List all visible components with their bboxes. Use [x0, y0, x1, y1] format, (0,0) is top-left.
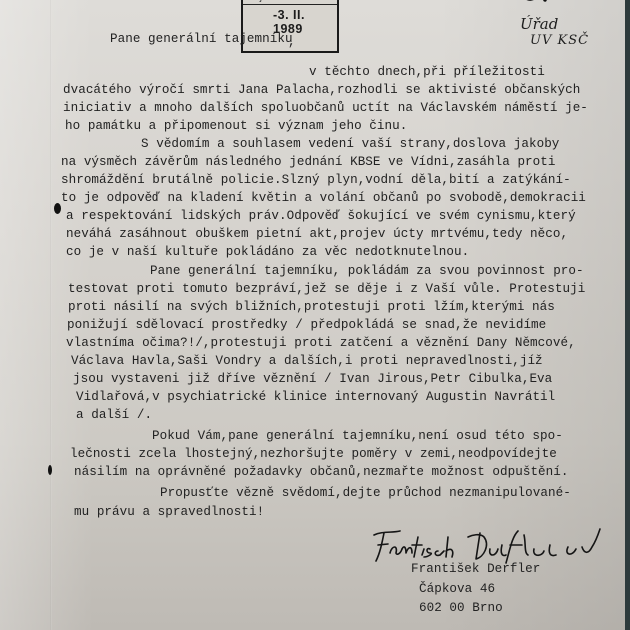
address-city: 602 00 Brno — [419, 602, 503, 615]
text-line: testovat proti tomuto bezpráví,jež se dě… — [68, 283, 585, 296]
text-line: iniciativ a mnoho dalších spoluobčanů uc… — [63, 102, 588, 115]
text-line: vlastníma očima?!/,protestuji proti zatč… — [66, 337, 576, 350]
salutation: Pane generální tajemníku — [110, 33, 293, 46]
text-line: mu právu a spravedlnosti! — [74, 506, 264, 519]
text-line: Pane generální tajemníku, pokládám za sv… — [150, 265, 584, 278]
text-line: dvacátého výročí smrti Jana Palacha,rozh… — [63, 84, 580, 97]
text-line: v těchto dnech,při příležitosti — [309, 66, 545, 79]
text-line: na výsměch závěrům následného jednání KB… — [61, 156, 556, 169]
background-edge — [625, 0, 630, 630]
letter-page: Č. j.: 37/89 -3. II. 1989 Úřad UV KSČ Pa… — [0, 0, 625, 630]
handwritten-signature — [372, 527, 604, 567]
text-line: Pokud Vám,pane generální tajemníku,není … — [152, 430, 563, 443]
handwritten-note-line1: Úřad — [520, 15, 558, 33]
text-line: proti násilí na svých bližních,protestuj… — [68, 301, 555, 314]
handwritten-note-line2: UV KSČ — [530, 33, 589, 48]
paper-fold — [50, 0, 52, 630]
text-line: lečnosti zcela lhostejný,nezhoršujte pom… — [70, 448, 557, 461]
text-line: násilím na oprávněné požadavky občanů,ne… — [74, 466, 569, 479]
text-line: ponižují sdělovací prostředky / předpokl… — [67, 319, 546, 332]
text-line: co je v naší kultuře pokládáno za věc ne… — [66, 246, 469, 259]
typed-name: František Derfler — [411, 563, 540, 576]
text-line: Vidlařová,v psychiatrické klinice intern… — [76, 391, 555, 404]
punch-hole-lower — [48, 465, 52, 475]
address-street: Čápkova 46 — [419, 583, 495, 596]
handwritten-number-mark — [517, 0, 557, 6]
salutation-comma: , — [288, 36, 296, 49]
text-line: jsou vystaveni již dříve věznění / Ivan … — [73, 373, 552, 386]
text-line: a respektování lidských práv.Odpověď šok… — [66, 210, 576, 223]
text-line: Propusťte vězně svědomí,dejte průchod ne… — [160, 487, 571, 500]
text-line: a další /. — [76, 409, 152, 422]
punch-hole-upper — [54, 203, 61, 214]
stamp-divider — [243, 4, 337, 5]
text-line: shromáždění brutálně policie.Slzný plyn,… — [61, 174, 571, 187]
text-line: S vědomím a souhlasem vedení vaší strany… — [141, 138, 559, 151]
text-line: ho památku a připomenout si význam jeho … — [65, 120, 407, 133]
text-line: neváhá zasáhnout obuškem pietní akt,proj… — [66, 228, 568, 241]
stamp-reference-number: Č. j.: 37/89 — [247, 0, 295, 3]
text-line: Václava Havla,Saši Vondry a dalších,i pr… — [71, 355, 543, 368]
text-line: to je odpověď na kladení květin a volání… — [61, 192, 586, 205]
